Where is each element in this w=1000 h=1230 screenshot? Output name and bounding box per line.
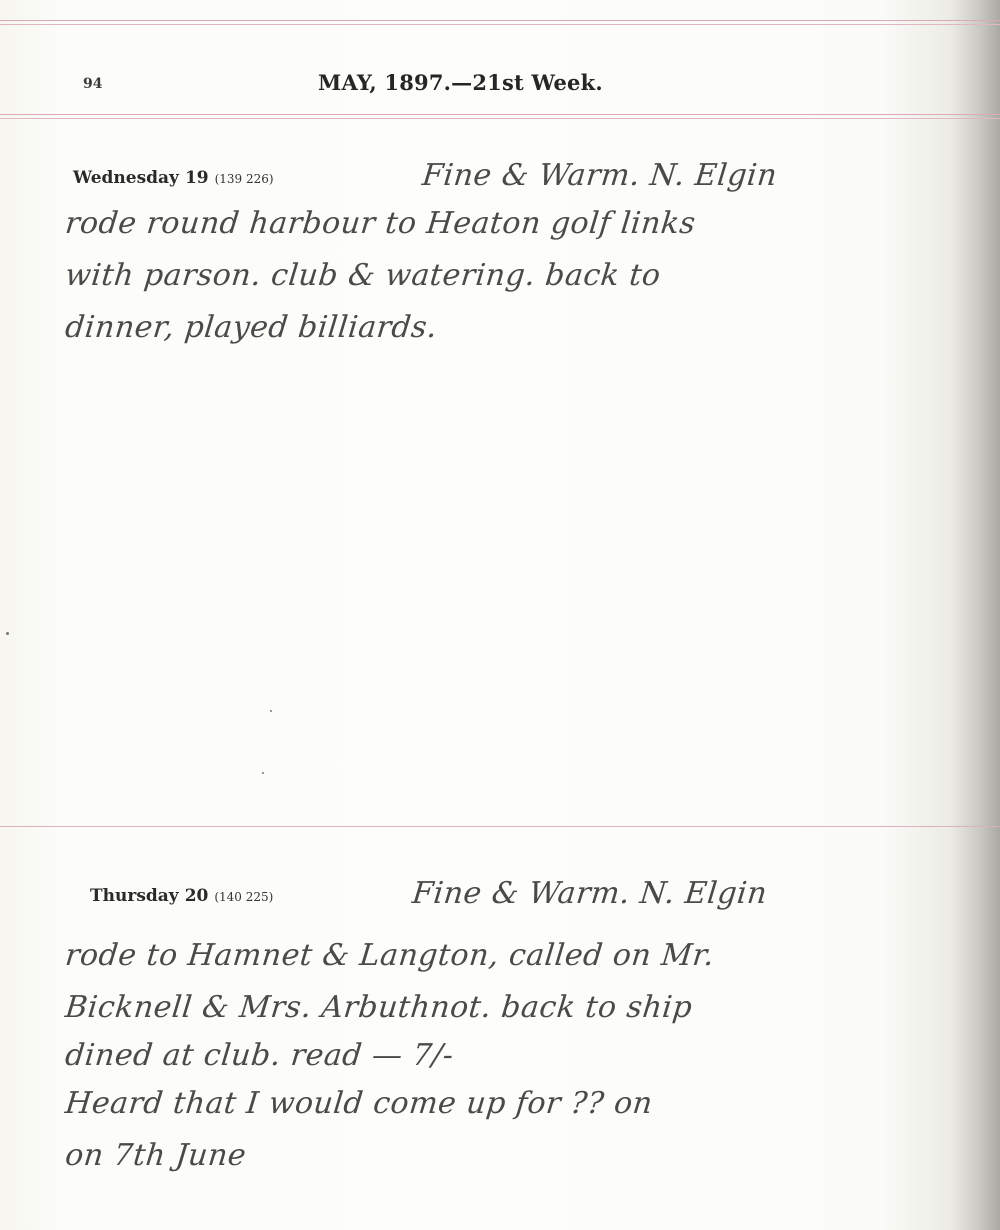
header-double-rule [0,114,1000,119]
page-title: MAY, 1897.—21st Week. [318,70,603,95]
handwriting-line: dinner, played billiards. [63,302,440,354]
day-count: (139 226) [215,172,274,186]
entry-date-label: Wednesday19(139 226) [73,168,274,188]
paper-speck [262,772,264,774]
entry-date-label: Thursday20(140 225) [90,886,273,906]
handwriting-line: on 7th June [63,1130,249,1182]
day-number: 19 [185,168,209,188]
paper-speck [270,710,272,712]
handwriting-line: Fine & Warm. N. Elgin [420,150,780,202]
paper-speck [6,632,9,635]
day-count: (140 225) [214,890,273,904]
top-double-rule [0,20,1000,25]
handwriting-line: Bicknell & Mrs. Arbuthnot. back to ship [63,982,695,1034]
weekday: Wednesday [73,168,179,188]
handwriting-line: rode round harbour to Heaton golf links [63,198,699,250]
entry-wednesday: Wednesday19(139 226) Fine & Warm. N. Elg… [0,120,1000,820]
handwriting-line: dined at club. read — 7/- [63,1030,457,1082]
handwriting-line: with parson. club & watering. back to [63,250,664,302]
handwriting-line: rode to Hamnet & Langton, called on Mr. [63,930,717,982]
entry-divider-rule [0,826,1000,827]
handwriting-line: Heard that I would come up for ?? on [63,1078,656,1130]
page-number: 94 [83,76,102,92]
weekday: Thursday [90,886,179,906]
diary-page: 94 MAY, 1897.—21st Week. Wednesday19(139… [0,0,1000,1230]
entry-thursday: Thursday20(140 225) Fine & Warm. N. Elgi… [0,830,1000,1230]
day-number: 20 [185,886,209,906]
page-header: 94 MAY, 1897.—21st Week. [0,70,1000,102]
handwriting-line: Fine & Warm. N. Elgin [410,868,770,920]
